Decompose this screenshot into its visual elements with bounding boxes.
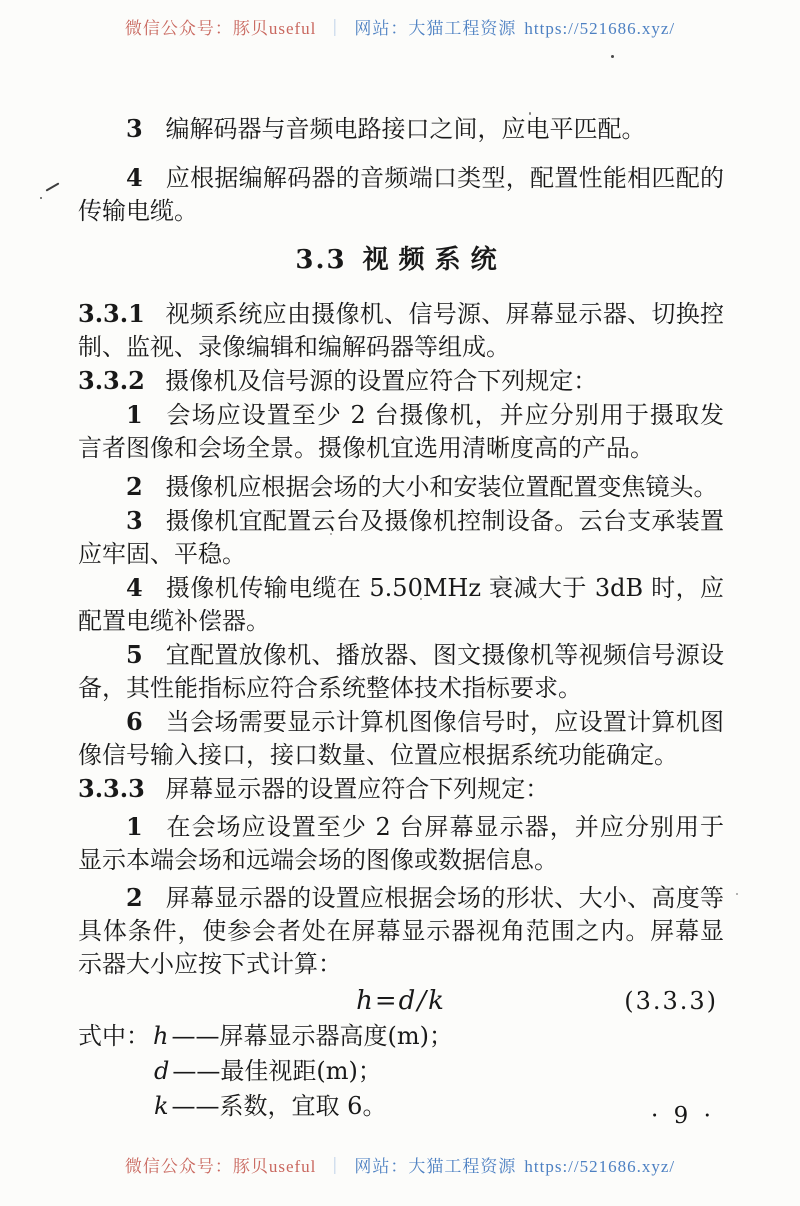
section-number: 3.3 bbox=[295, 245, 346, 275]
item-number: 4 bbox=[126, 573, 143, 602]
numbered-item: 5宜配置放像机、播放器、图文摄像机等视频信号源设备，其性能指标应符合系统整体技术… bbox=[78, 638, 724, 705]
scan-speck bbox=[611, 55, 614, 58]
item-number: 1 bbox=[126, 400, 143, 429]
formula-expression: h=d/k bbox=[356, 986, 446, 1016]
item-text: 摄像机传输电缆在 5.50MHz 衰减大于 3dB 时，应配置电缆补偿器。 bbox=[78, 574, 724, 635]
item-text: 摄像机应根据会场的大小和安装位置配置变焦镜头。 bbox=[166, 473, 718, 501]
symbol-k: k bbox=[151, 1092, 172, 1120]
where-definition: k——系数，宜取 6。 bbox=[78, 1089, 724, 1124]
numbered-item: 1会场应设置至少 2 台摄像机，并应分别用于摄取发言者图像和会场全景。摄像机宜选… bbox=[78, 398, 724, 465]
item-number: 3 bbox=[126, 114, 143, 143]
watermark-wechat-text: 微信公众号：豚贝useful bbox=[125, 19, 317, 38]
clause-number: 3.3.3 bbox=[78, 774, 145, 803]
symbol-description: 屏幕显示器高度(m)； bbox=[219, 1022, 452, 1050]
numbered-item: 4应根据编解码器的音频端口类型，配置性能相匹配的传输电缆。 bbox=[78, 161, 724, 228]
numbered-item: 3编解码器与音频电路接口之间，应电平匹配。 bbox=[78, 112, 724, 146]
clause-number: 3.3.2 bbox=[78, 366, 145, 395]
item-number: 4 bbox=[126, 163, 143, 192]
scan-speck bbox=[40, 197, 42, 199]
scan-speck bbox=[736, 893, 738, 895]
dash: —— bbox=[172, 1057, 220, 1085]
symbol-description: 最佳视距(m)； bbox=[220, 1057, 381, 1085]
scan-speck bbox=[529, 112, 531, 115]
watermark-top: 微信公众号：豚贝useful｜网站：大猫工程资源https://521686.x… bbox=[0, 14, 800, 39]
item-text: 当会场需要显示计算机图像信号时，应设置计算机图像信号输入接口，接口数量、位置应根… bbox=[78, 708, 724, 769]
scan-speck bbox=[420, 598, 422, 600]
item-text: 会场应设置至少 2 台摄像机，并应分别用于摄取发言者图像和会场全景。摄像机宜选用… bbox=[78, 401, 724, 462]
section-title: 视频系统 bbox=[363, 245, 507, 275]
item-number: 3 bbox=[126, 506, 143, 535]
watermark-url: https://521686.xyz/ bbox=[524, 1157, 675, 1176]
watermark-site-text: 网站：大猫工程资源 bbox=[354, 1157, 516, 1176]
numbered-item: 1在会场应设置至少 2 台屏幕显示器，并应分别用于显示本端会场和远端会场的图像或… bbox=[78, 810, 724, 877]
numbered-item: 3摄像机宜配置云台及摄像机控制设备。云台支承装置应牢固、平稳。 bbox=[78, 504, 724, 571]
dash: —— bbox=[171, 1022, 219, 1050]
clause-text: 屏幕显示器的设置应符合下列规定： bbox=[165, 775, 549, 803]
item-text: 宜配置放像机、播放器、图文摄像机等视频信号源设备，其性能指标应符合系统整体技术指… bbox=[78, 641, 724, 702]
scan-scratch-mark bbox=[46, 182, 60, 191]
item-number: 2 bbox=[126, 472, 143, 501]
clause-text: 摄像机及信号源的设置应符合下列规定： bbox=[165, 367, 597, 395]
clause-paragraph: 3.3.3屏幕显示器的设置应符合下列规定： bbox=[78, 772, 724, 806]
item-number: 5 bbox=[126, 640, 143, 669]
numbered-item: 6当会场需要显示计算机图像信号时，应设置计算机图像信号输入接口，接口数量、位置应… bbox=[78, 705, 724, 772]
where-label: 式中： bbox=[78, 1022, 150, 1050]
numbered-item: 2摄像机应根据会场的大小和安装位置配置变焦镜头。 bbox=[78, 470, 724, 504]
clause-paragraph: 3.3.2摄像机及信号源的设置应符合下列规定： bbox=[78, 364, 724, 398]
symbol-description: 系数，宜取 6。 bbox=[220, 1092, 387, 1120]
item-text: 编解码器与音频电路接口之间，应电平匹配。 bbox=[166, 115, 646, 143]
watermark-bottom: 微信公众号：豚贝useful｜网站：大猫工程资源https://521686.x… bbox=[0, 1152, 800, 1177]
item-text: 摄像机宜配置云台及摄像机控制设备。云台支承装置应牢固、平稳。 bbox=[78, 507, 724, 568]
item-text: 在会场应设置至少 2 台屏幕显示器，并应分别用于显示本端会场和远端会场的图像或数… bbox=[78, 813, 724, 874]
item-text: 屏幕显示器的设置应根据会场的形状、大小、高度等具体条件，使参会者处在屏幕显示器视… bbox=[78, 884, 724, 978]
clause-paragraph: 3.3.1视频系统应由摄像机、信号源、屏幕显示器、切换控制、监视、录像编辑和编解… bbox=[78, 297, 724, 364]
formula: h=d/k (3.3.3) bbox=[78, 983, 724, 1019]
dash: —— bbox=[172, 1092, 220, 1120]
scan-speck bbox=[330, 533, 332, 535]
watermark-separator: ｜ bbox=[326, 1157, 344, 1176]
item-number: 1 bbox=[126, 812, 143, 841]
watermark-separator: ｜ bbox=[326, 19, 344, 38]
numbered-item: 4摄像机传输电缆在 5.50MHz 衰减大于 3dB 时，应配置电缆补偿器。 bbox=[78, 571, 724, 638]
item-number: 2 bbox=[126, 883, 143, 912]
watermark-url: https://521686.xyz/ bbox=[524, 19, 675, 38]
watermark-site-text: 网站：大猫工程资源 bbox=[354, 19, 516, 38]
document-body: 3编解码器与音频电路接口之间，应电平匹配。 4应根据编解码器的音频端口类型，配置… bbox=[78, 112, 724, 1124]
section-heading: 3.3视频系统 bbox=[78, 242, 724, 278]
clause-text: 视频系统应由摄像机、信号源、屏幕显示器、切换控制、监视、录像编辑和编解码器等组成… bbox=[78, 300, 724, 361]
symbol-d: d bbox=[151, 1057, 172, 1085]
item-text: 应根据编解码器的音频端口类型，配置性能相匹配的传输电缆。 bbox=[78, 164, 724, 225]
numbered-item: 2屏幕显示器的设置应根据会场的形状、大小、高度等具体条件，使参会者处在屏幕显示器… bbox=[78, 881, 724, 981]
where-definition: d——最佳视距(m)； bbox=[78, 1054, 724, 1089]
formula-number: (3.3.3) bbox=[624, 983, 718, 1019]
page-number: · 9 · bbox=[636, 1103, 726, 1129]
watermark-wechat-text: 微信公众号：豚贝useful bbox=[125, 1157, 317, 1176]
where-definition: 式中：h——屏幕显示器高度(m)； bbox=[78, 1019, 724, 1054]
symbol-h: h bbox=[150, 1022, 171, 1050]
clause-number: 3.3.1 bbox=[78, 299, 145, 328]
item-number: 6 bbox=[126, 707, 143, 736]
